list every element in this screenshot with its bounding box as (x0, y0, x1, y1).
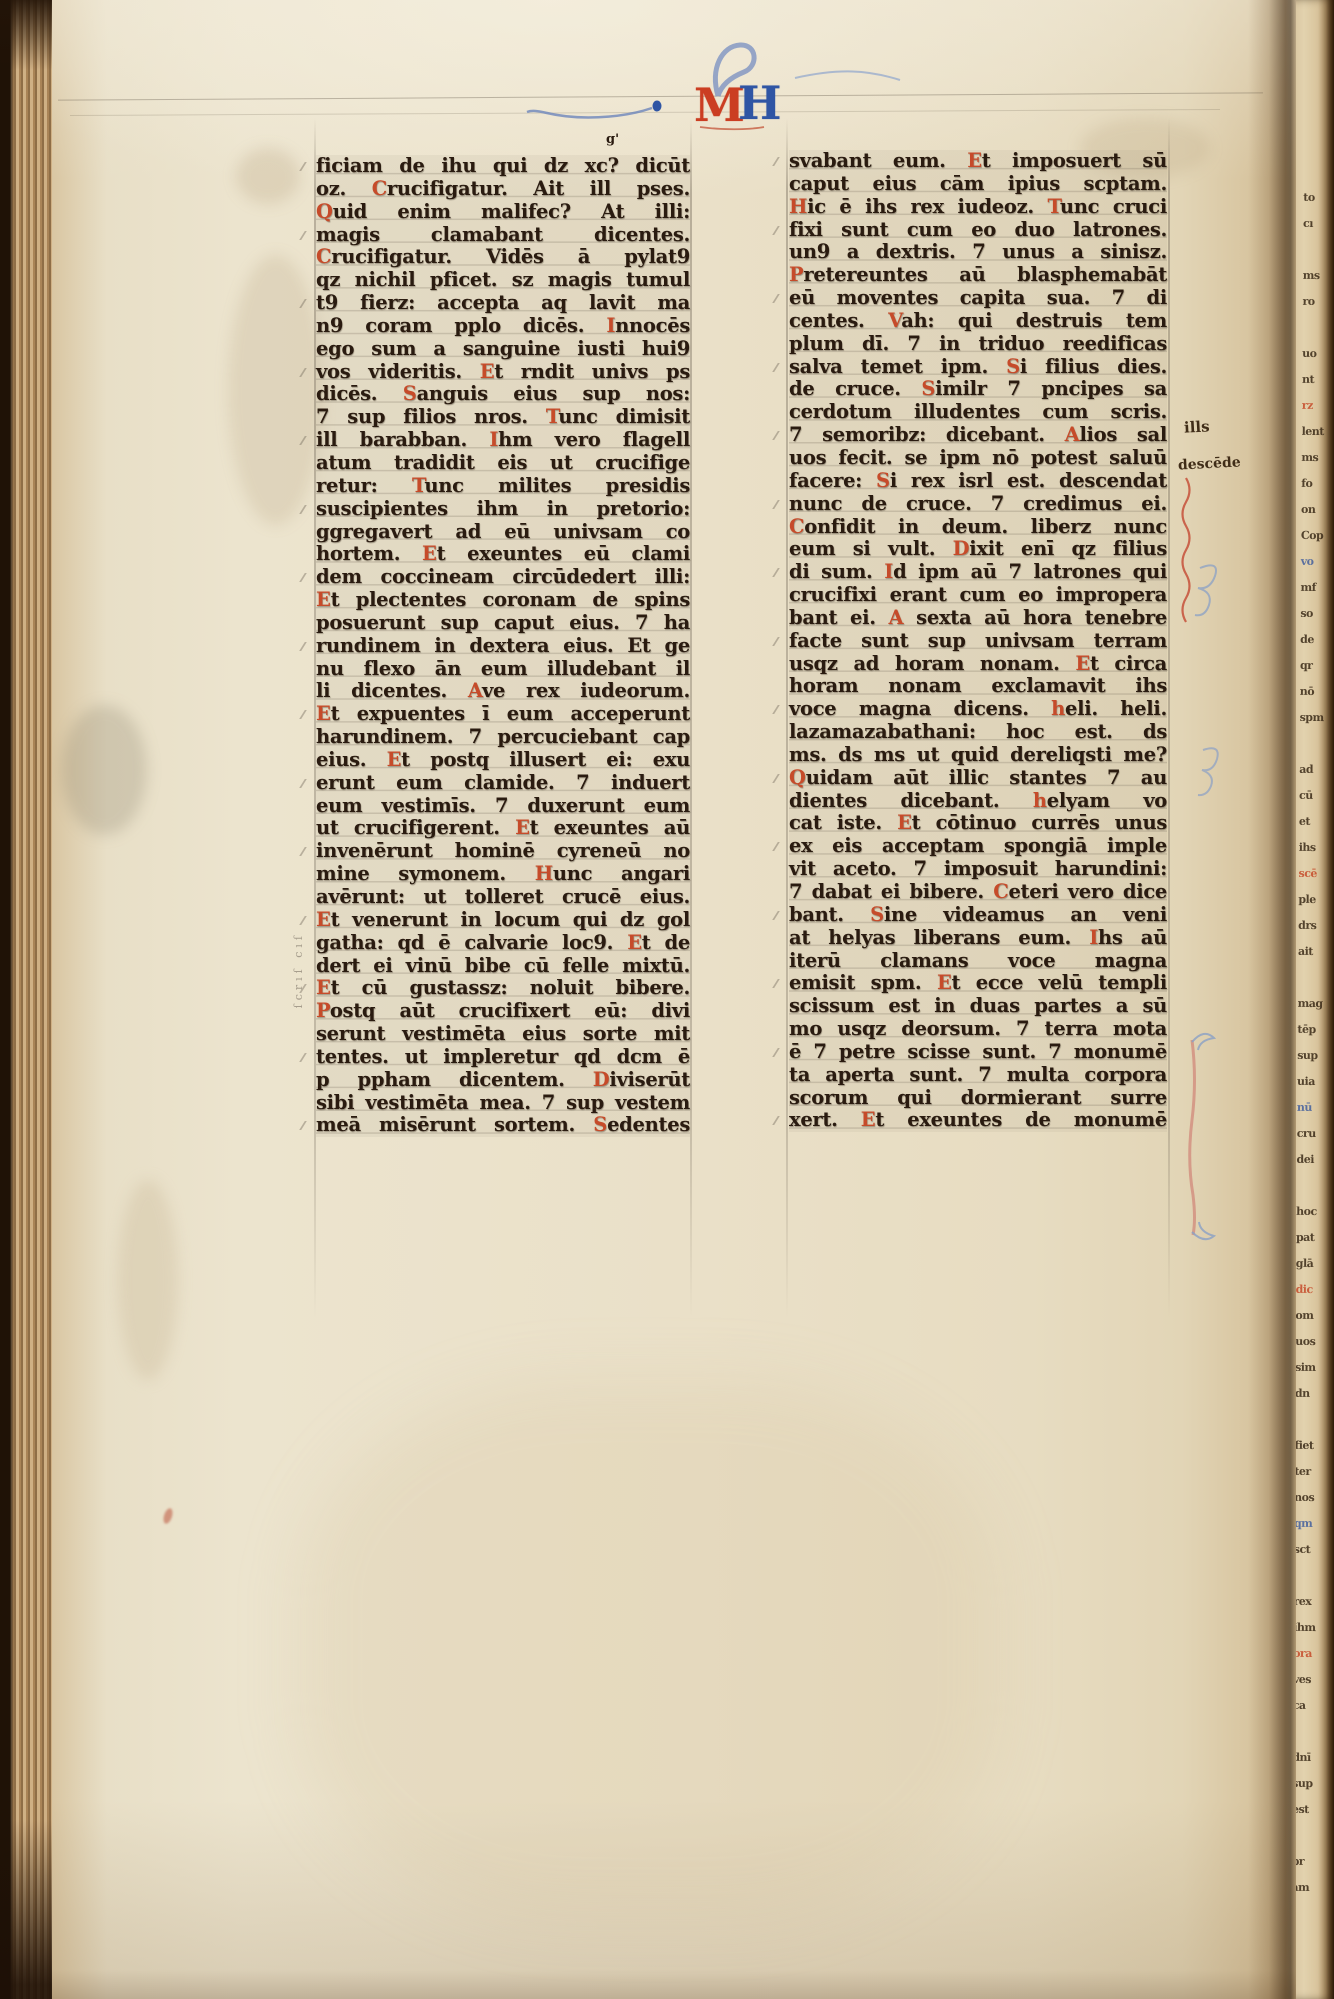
edge-text-fragment: pat (1296, 1225, 1330, 1251)
text-line: retur: Tunc milites presidis (316, 475, 690, 498)
text-line: sibi vestimēta mea. 7 sup vestem (316, 1092, 690, 1115)
edge-text-fragment: cū (1299, 783, 1333, 809)
parchment-stain (118, 1180, 178, 1380)
text-line: nu flexo ān eum illudebant il (316, 658, 690, 681)
text-line: caput eius cām ipius scptam. (789, 173, 1167, 196)
running-header-letter-blue: H (738, 80, 781, 126)
text-line: eum si vult. Dixit enī qz filius (789, 538, 1167, 561)
edge-text-fragment: nt (1302, 367, 1334, 393)
edge-text-fragment: ora (1296, 1641, 1327, 1667)
edge-text-fragment: ait (1298, 939, 1332, 965)
edge-text-fragment: fiet (1296, 1433, 1329, 1459)
edge-text-fragment: scē (1298, 861, 1332, 887)
edge-text-fragment: sim (1296, 1355, 1329, 1381)
text-line: li dicentes. Ave rex iudeorum. (316, 680, 690, 703)
plummet-margin-scribble: ſcrıſ cıſ (292, 932, 305, 1008)
text-line: harundinem. 7 percuciebant cap (316, 726, 690, 749)
text-line: 7 dabat ei bibere. Ceteri vero dice (789, 881, 1167, 904)
text-line: cerdotum illudentes cum scris. (789, 401, 1167, 424)
text-line: qz nichil pficet. sz magis tumul (316, 269, 690, 292)
text-line: bant. Sine videamus an veni (789, 904, 1167, 927)
edge-text-fragment: mf (1300, 575, 1334, 601)
edge-text-fragment: ms (1303, 263, 1334, 289)
column-ruling-line (1168, 118, 1170, 1318)
text-line: facte sunt sup univsam terram (789, 630, 1167, 653)
edge-text-fragment (1303, 237, 1334, 263)
text-line: un9 a dextris. 7 unus a sinisz. (789, 241, 1167, 264)
text-line: n9 coram pplo dicēs. Innocēs (316, 315, 690, 338)
text-line: mo usqz deorsum. 7 terra mota (789, 1018, 1167, 1041)
text-line: iterū clamans voce magna (789, 950, 1167, 973)
text-line: ta aperta sunt. 7 multa corpora (789, 1064, 1167, 1087)
edge-text-fragment: de (1300, 627, 1334, 653)
text-line: dientes dicebant. helyam vo (789, 790, 1167, 813)
edge-text-fragment: Cop (1301, 523, 1334, 549)
edge-text-fragment: vo (1301, 549, 1334, 575)
edge-text-fragment (1299, 731, 1333, 757)
text-line: Quid enim malifec? At illi: (316, 201, 690, 224)
text-column-right: svabant eum. Et imposuert sūcaput eius c… (789, 150, 1167, 1132)
text-column-left: ficiam de ihu qui dz xc? dicūtoz. Crucif… (316, 155, 690, 1137)
text-line: Et expuentes ī eum acceperunt (316, 703, 690, 726)
text-line: t9 fierz: accepta aq lavit ma (316, 292, 690, 315)
edge-text-fragment: est (1296, 1797, 1326, 1823)
edge-text-fragment (1302, 315, 1334, 341)
edge-text-fragment: nū (1297, 1095, 1331, 1121)
edge-text-fragment: so (1300, 601, 1334, 627)
edge-text-fragment: dic (1296, 1277, 1330, 1303)
manuscript-photo: M H g' ficiam de ihu qui dz xc? dicūtoz.… (0, 0, 1334, 1999)
text-line: ggregavert ad eū univsam co (316, 521, 690, 544)
edge-text-fragment: qr (1300, 653, 1334, 679)
text-line: cat iste. Et cōtinuo currēs unus (789, 812, 1167, 835)
text-line: Et cū gustassz: noluit bibere. (316, 977, 690, 1000)
edge-text-fragment (1296, 1407, 1329, 1433)
edge-text-fragment: rz (1302, 393, 1334, 419)
text-line: ut crucifigerent. Et exeuntes aū (316, 817, 690, 840)
text-line: eum vestimīs. 7 duxerunt eum (316, 795, 690, 818)
text-line: Pretereuntes aū blasphemabāt (789, 264, 1167, 287)
text-line: meā misērunt sortem. Sedentes (316, 1114, 690, 1137)
text-line: dert ei vinū bibe cū felle mixtū. (316, 955, 690, 978)
text-line: Hic ē ihs rex iudeoz. Tunc cruci (789, 196, 1167, 219)
text-line: tentes. ut impleretur qd dcm ē (316, 1046, 690, 1069)
text-line: ms. ds ms ut quid dereliqsti me? (789, 744, 1167, 767)
text-line: ē 7 petre scisse sunt. 7 monumē (789, 1041, 1167, 1064)
edge-text-fragment: dn (1296, 1381, 1329, 1407)
margin-note: descēde (1178, 454, 1241, 473)
edge-text-fragment: on (1301, 497, 1334, 523)
text-line: avērunt: ut tolleret crucē eius. (316, 886, 690, 909)
edge-text-fragment: dnī (1296, 1745, 1326, 1771)
text-line: oz. Crucifigatur. Ait ill pses. (316, 178, 690, 201)
edge-text-fragment: ihm (1296, 1615, 1327, 1641)
text-line: scorum qui dormierant surre (789, 1087, 1167, 1110)
edge-text-fragment: uo (1302, 341, 1334, 367)
edge-text-fragment: ihs (1299, 835, 1333, 861)
text-line: crucifixi erant cum eo impropera (789, 584, 1167, 607)
text-line: eū moventes capita sua. 7 di (789, 287, 1167, 310)
edge-text-fragment: ter (1296, 1459, 1328, 1485)
edge-text-fragment: hoc (1296, 1199, 1330, 1225)
text-line: centes. Vah: qui destruis tem (789, 310, 1167, 333)
text-line: dicēs. Sanguis eius sup nos: (316, 383, 690, 406)
text-line: suscipientes ihm in pretorio: (316, 498, 690, 521)
edge-text-fragment: uos (1296, 1329, 1329, 1355)
edge-text-fragment: fo (1301, 471, 1334, 497)
text-line: fixi sunt cum eo duo latrones. (789, 219, 1167, 242)
page-edge-text-fragments: tocımsrouontrzlentmsfoonCopvomfsodeqrnōs… (1296, 0, 1334, 1901)
edge-text-fragment: om (1296, 1303, 1330, 1329)
text-line: gatha: qd ē calvarie loc9. Et de (316, 932, 690, 955)
text-line: vos videritis. Et rndit univs ps (316, 361, 690, 384)
text-line: xert. Et exeuntes de monumē (789, 1109, 1167, 1132)
edge-text-fragment: ca (1296, 1693, 1327, 1719)
edge-text-fragment (1296, 1173, 1330, 1199)
edge-text-fragment: ms (1301, 445, 1334, 471)
edge-text-fragment: to (1303, 185, 1334, 211)
edge-text-fragment (1298, 965, 1332, 991)
text-line: voce magna dicens. heli. heli. (789, 698, 1167, 721)
text-line: mine symonem. Hunc angari (316, 863, 690, 886)
edge-text-fragment: rex (1296, 1589, 1328, 1615)
edge-text-fragment: tēp (1297, 1017, 1331, 1043)
text-line: ego sum a sanguine iusti hui9 (316, 338, 690, 361)
parchment-stain (62, 705, 147, 835)
text-line: svabant eum. Et imposuert sū (789, 150, 1167, 173)
text-line: horam nonam exclamavit ihs (789, 675, 1167, 698)
edge-text-fragment: am (1296, 1875, 1326, 1901)
text-line: bant ei. A sexta aū hora tenebre (789, 607, 1167, 630)
next-folio-edge: tocımsrouontrzlentmsfoonCopvomfsodeqrnōs… (1296, 0, 1334, 1999)
text-line: usqz ad horam nonam. Et circa (789, 653, 1167, 676)
edge-text-fragment: nos (1296, 1485, 1328, 1511)
text-line: ex eis acceptam spongiā imple (789, 835, 1167, 858)
edge-text-fragment: sct (1296, 1537, 1328, 1563)
text-line: Et venerunt in locum qui dz gol (316, 909, 690, 932)
text-line: scissum est in duas partes a sū (789, 995, 1167, 1018)
edge-text-fragment: nō (1300, 679, 1334, 705)
text-line: at helyas liberans eum. Ihs aū (789, 927, 1167, 950)
text-line: Crucifigatur. Vidēs ā pylat9 (316, 246, 690, 269)
column-ruling-line (786, 118, 788, 1318)
edge-text-fragment (1296, 1563, 1328, 1589)
edge-text-fragment: dei (1296, 1147, 1330, 1173)
parchment-stain (228, 255, 323, 525)
text-line: nunc de cruce. 7 credimus ei. (789, 493, 1167, 516)
text-line: Postq aūt crucifixert eū: divi (316, 1000, 690, 1023)
text-line: eius. Et postq illusert ei: exu (316, 749, 690, 772)
text-line: 7 semoribz: dicebant. Alios sal (789, 424, 1167, 447)
text-line: invenērunt hominē cyreneū no (316, 840, 690, 863)
margin-note: ills (1184, 417, 1210, 436)
text-line: plum dī. 7 in triduo reedificas (789, 333, 1167, 356)
text-line: ficiam de ihu qui dz xc? dicūt (316, 155, 690, 178)
text-line: Confidit in deum. liberz nunc (789, 516, 1167, 539)
parchment-stain (300, 1380, 1000, 1920)
text-line: 7 sup filios nros. Tunc dimisit (316, 406, 690, 429)
edge-text-fragment: drs (1298, 913, 1332, 939)
edge-text-fragment: cru (1297, 1121, 1331, 1147)
edge-text-fragment: ves (1296, 1667, 1327, 1693)
interlinear-correction: g' (606, 132, 619, 147)
text-line: ill barabban. Ihm vero flagell (316, 429, 690, 452)
text-line: emisit spm. Et ecce velū templi (789, 972, 1167, 995)
edge-text-fragment: mag (1298, 991, 1332, 1017)
page-gutter-crease (1248, 0, 1300, 1999)
edge-text-fragment: sup (1296, 1771, 1326, 1797)
text-line: uos fecit. se ipm nō potest saluū (789, 447, 1167, 470)
text-line: p ppham dicentem. Diviserūt (316, 1069, 690, 1092)
text-line: erunt eum clamide. 7 induert (316, 772, 690, 795)
edge-text-fragment: cı (1303, 211, 1334, 237)
edge-text-fragment: et (1299, 809, 1333, 835)
edge-text-fragment (1296, 1823, 1326, 1849)
text-line: Et plectentes coronam de spins (316, 589, 690, 612)
edge-text-fragment: ple (1298, 887, 1332, 913)
edge-text-fragment: ad (1299, 757, 1333, 783)
text-line: salva temet ipm. Si filius dies. (789, 356, 1167, 379)
text-line: facere: Si rex isrl est. descendat (789, 470, 1167, 493)
text-line: hortem. Et exeuntes eū clami (316, 543, 690, 566)
parchment-stain (236, 148, 300, 204)
edge-text-fragment (1296, 1719, 1327, 1745)
text-line: rundinem in dextera eius. Et ge (316, 635, 690, 658)
text-line: serunt vestimēta eius sorte mit (316, 1023, 690, 1046)
text-line: Quidam aūt illic stantes 7 au (789, 767, 1167, 790)
text-line: atum tradidit eis ut crucifige (316, 452, 690, 475)
text-line: di sum. Id ipm aū 7 latrones qui (789, 561, 1167, 584)
text-line: posuerunt sup caput eius. 7 ha (316, 612, 690, 635)
edge-text-fragment: pr (1296, 1849, 1326, 1875)
book-page-stack-left (0, 0, 54, 1999)
text-line: magis clamabant dicentes. (316, 224, 690, 247)
edge-text-fragment: qm (1296, 1511, 1328, 1537)
edge-text-fragment: spm (1300, 705, 1334, 731)
edge-text-fragment: sup (1297, 1043, 1331, 1069)
edge-text-fragment: ro (1302, 289, 1334, 315)
text-line: vit aceto. 7 imposuit harundini: (789, 858, 1167, 881)
edge-text-fragment: uia (1297, 1069, 1331, 1095)
text-line: dem coccineam circūdedert illi: (316, 566, 690, 589)
text-line: lazamazabathani: hoc est. ds (789, 721, 1167, 744)
edge-text-fragment: glā (1296, 1251, 1330, 1277)
column-ruling-line (690, 118, 692, 1318)
text-line: de cruce. Similr 7 pncipes sa (789, 378, 1167, 401)
edge-text-fragment: lent (1302, 419, 1334, 445)
